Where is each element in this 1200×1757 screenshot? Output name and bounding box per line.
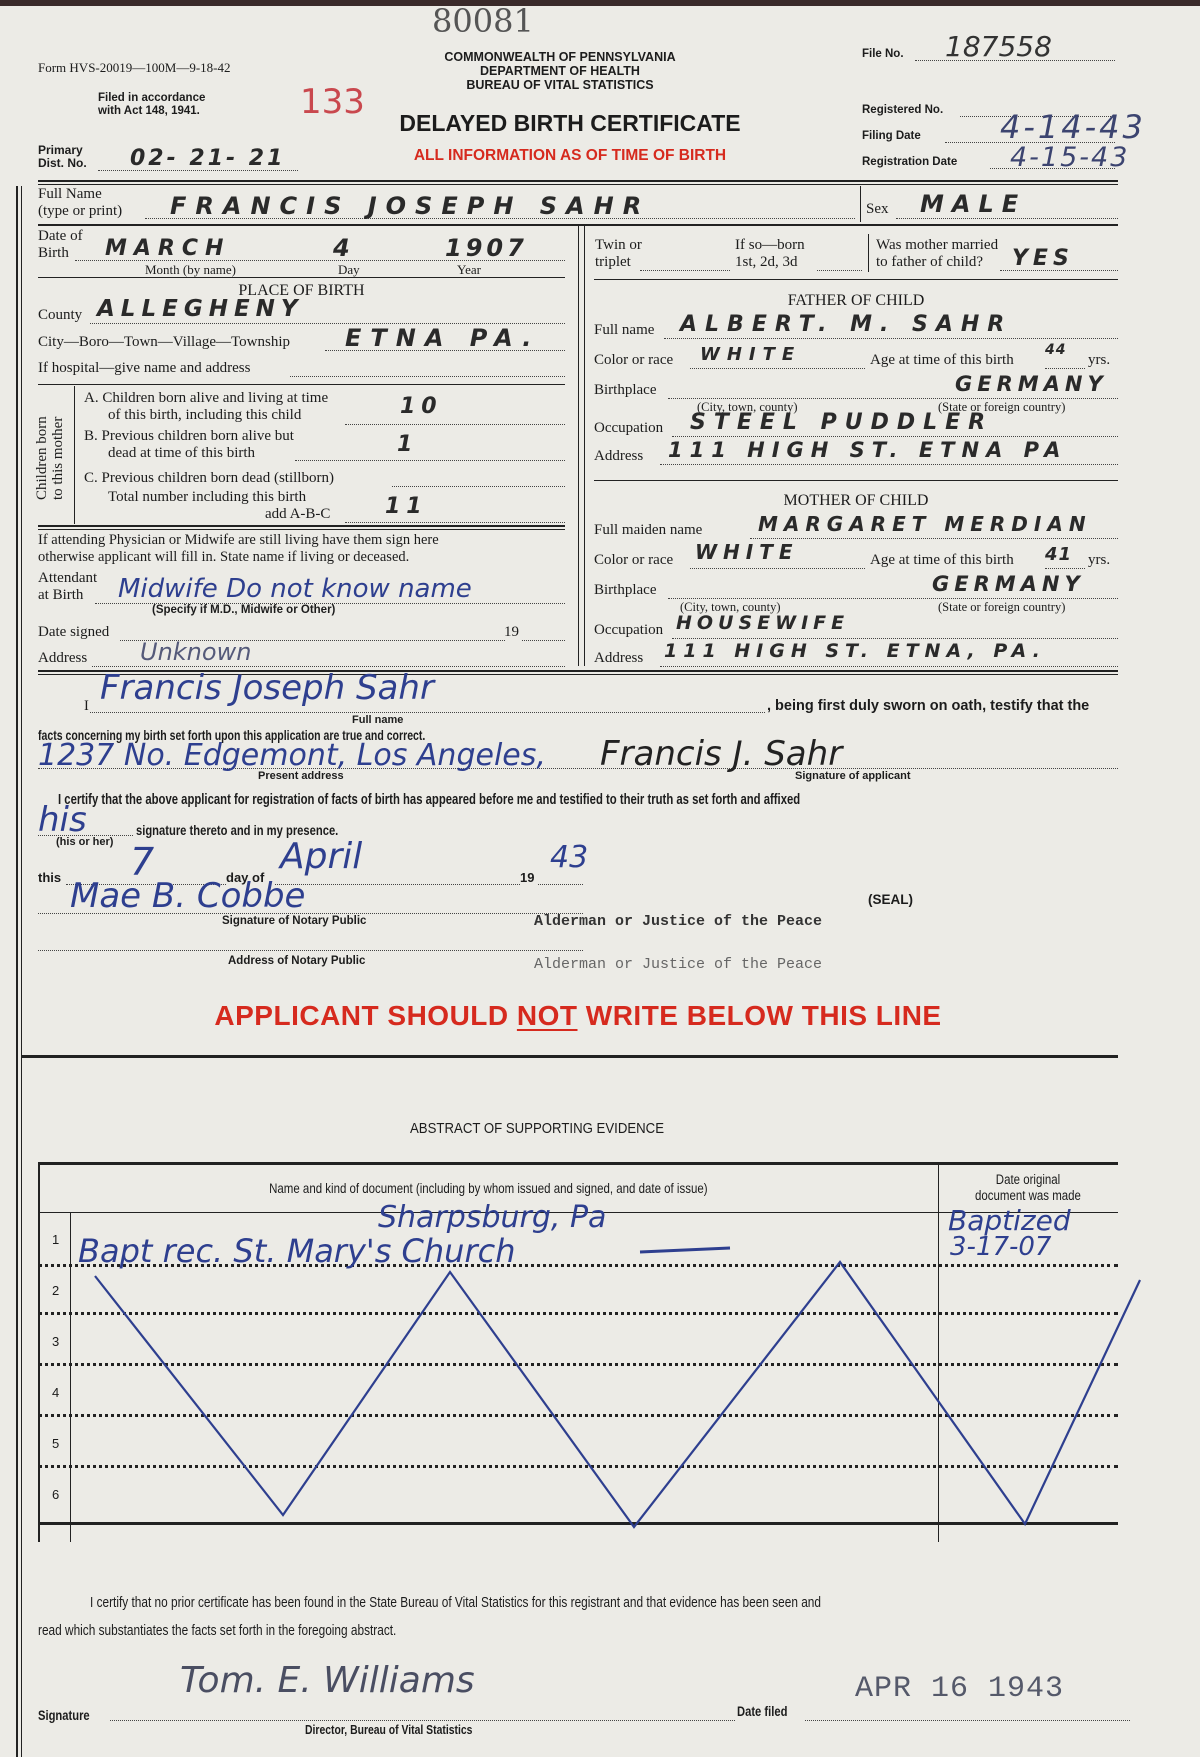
certificate-page: Form HVS-20019—100M—9-18-42 Filed in acc… xyxy=(0,0,1200,1757)
director-signature-caption: Director, Bureau of Vital Statistics xyxy=(305,1722,472,1737)
date-filed-dots xyxy=(805,1720,1130,1721)
date-filed-stamp: APR 16 1943 xyxy=(855,1672,1064,1706)
director-signature-label: Signature xyxy=(38,1707,90,1723)
strike-through-zigzag xyxy=(0,0,1200,1757)
date-filed-label: Date filed xyxy=(737,1703,787,1719)
bureau-certify-text-2: read which substantiates the facts set f… xyxy=(38,1622,396,1639)
director-signature-dots xyxy=(110,1720,735,1721)
director-signature-field[interactable]: Tom. E. Williams xyxy=(180,1660,475,1701)
bureau-certify-text-1: I certify that no prior certificate has … xyxy=(90,1594,821,1611)
